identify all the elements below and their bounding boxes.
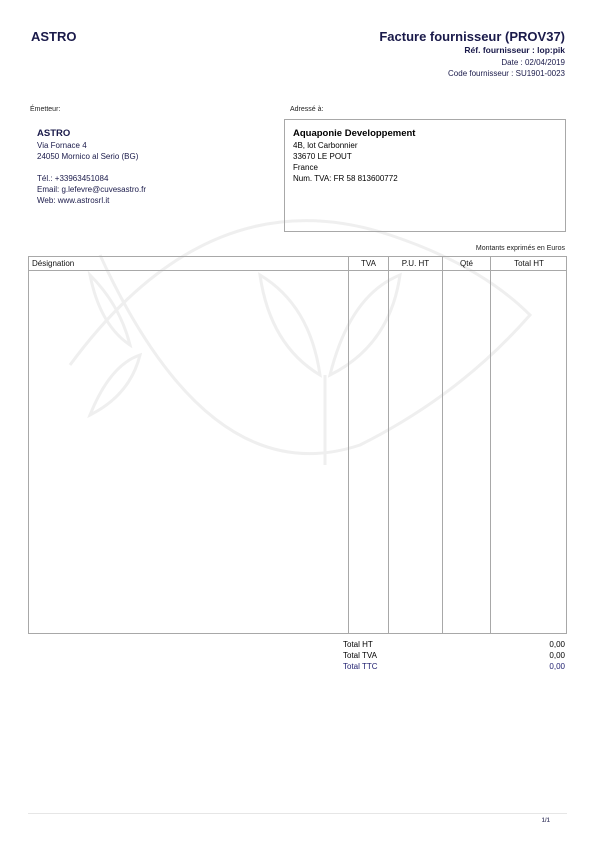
sender-block: ASTRO Via Fornace 4 24050 Mornico al Ser… [37,128,146,206]
column-header-quantity: Qté [443,259,490,268]
total-tva-value: 0,00 [549,650,565,661]
document-title: Facture fournisseur (PROV37) [379,29,565,44]
company-name: ASTRO [31,29,77,44]
total-tva-label: Total TVA [343,650,377,661]
sender-label: Émetteur: [30,106,60,113]
column-header-total-ht: Total HT [491,259,567,268]
recipient-box: Aquaponie Developpement 4B, lot Carbonni… [284,119,566,232]
recipient-vat: Num. TVA: FR 58 813600772 [293,173,415,184]
total-ttc-label: Total TTC [343,661,378,672]
recipient-name: Aquaponie Developpement [293,128,415,140]
currency-note: Montants exprimés en Euros [476,245,565,252]
recipient-country: France [293,162,415,173]
column-divider [490,257,491,633]
recipient-address-line1: 4B, lot Carbonnier [293,140,415,151]
supplier-reference: Réf. fournisseur : lop:pik [464,45,565,55]
sender-web: Web: www.astrosrl.it [37,195,146,206]
footer-divider [28,813,567,814]
recipient-label: Adressé à: [290,106,323,113]
total-ht-label: Total HT [343,639,373,650]
column-header-tva: TVA [349,259,388,268]
column-divider [348,257,349,633]
page-number: 1/1 [542,818,550,824]
sender-email: Email: g.lefevre@cuvesastro.fr [37,184,146,195]
supplier-code: Code fournisseur : SU1901-0023 [448,69,565,78]
total-ttc-row: Total TTC 0,00 [343,661,565,672]
total-ht-value: 0,00 [549,639,565,650]
invoice-lines-table: Désignation TVA P.U. HT Qté Total HT [28,256,567,634]
total-ttc-value: 0,00 [549,661,565,672]
column-header-unit-price: P.U. HT [389,259,442,268]
column-divider [388,257,389,633]
sender-address-line1: Via Fornace 4 [37,140,146,151]
recipient-address-line2: 33670 LE POUT [293,151,415,162]
sender-name: ASTRO [37,128,146,140]
invoice-date: Date : 02/04/2019 [501,58,565,67]
sender-phone: Tél.: +33963451084 [37,173,146,184]
column-divider [442,257,443,633]
totals-block: Total HT 0,00 Total TVA 0,00 Total TTC 0… [343,639,565,672]
total-tva-row: Total TVA 0,00 [343,650,565,661]
sender-address-line2: 24050 Mornico al Serio (BG) [37,151,146,162]
column-header-designation: Désignation [32,259,74,268]
total-ht-row: Total HT 0,00 [343,639,565,650]
